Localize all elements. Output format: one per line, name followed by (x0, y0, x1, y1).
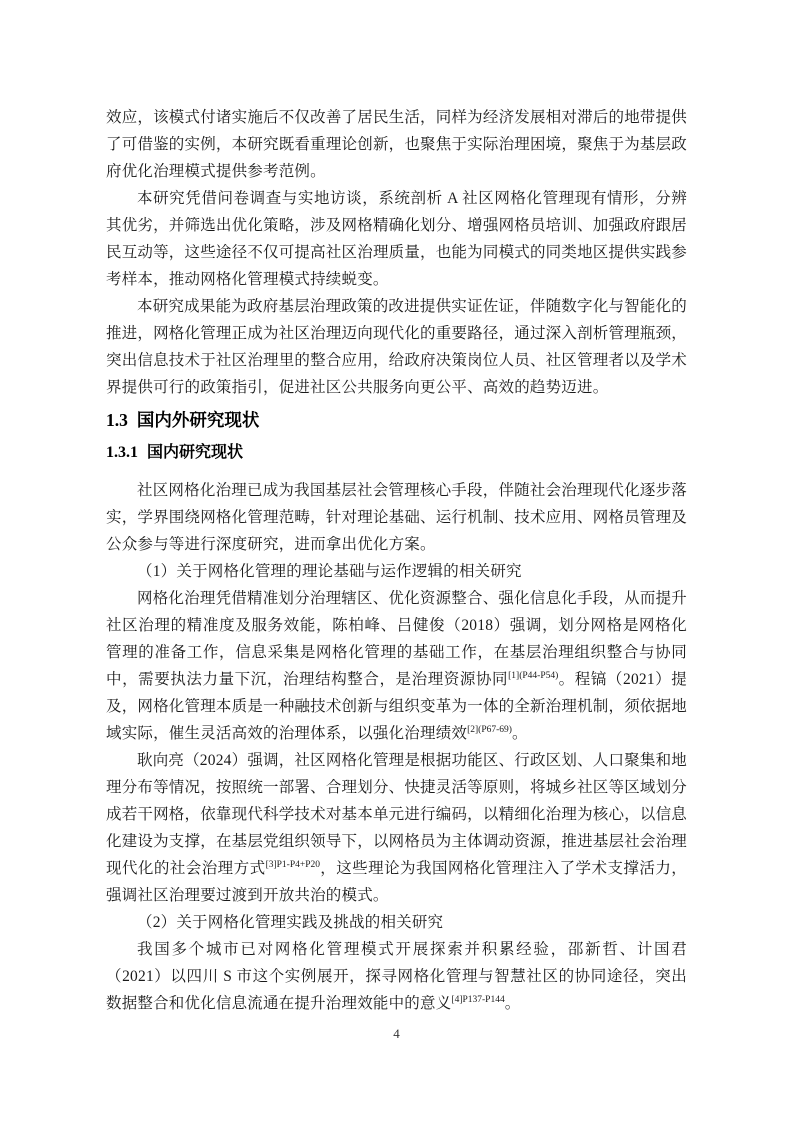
paragraph: 本研究成果能为政府基层治理政策的改进提供实证佐证，伴随数字化与智能化的推进，网格… (106, 293, 687, 401)
page-footer: 4 (0, 1026, 793, 1042)
paragraph: 社区网格化治理已成为我国基层社会管理核心手段，伴随社会治理现代化逐步落实，学界围… (106, 477, 687, 558)
section-heading-1-3: 1.3国内外研究现状 (106, 409, 687, 431)
citation-superscript: [2](P67-69) (467, 725, 512, 735)
subsection-heading-1-3-1: 1.3.1国内研究现状 (106, 442, 687, 463)
citation-superscript: [3]P1-P4+P20 (266, 860, 320, 870)
heading-number: 1.3.1 (106, 444, 138, 461)
paragraph-text: 。 (505, 995, 521, 1012)
paragraph-text: 我国多个城市已对网格化管理模式开展探索并积累经验，邵新哲、计国君（2021）以四… (106, 941, 687, 1012)
paragraph-text: 本研究成果能为政府基层治理政策的改进提供实证佐证，伴随数字化与智能化的推进，网格… (106, 298, 687, 396)
paragraph-text: 。 (512, 725, 528, 742)
heading-number: 1.3 (106, 410, 128, 430)
paragraph: 本研究凭借问卷调查与实地访谈，系统剖析 A 社区网格化管理现有情形，分辨其优劣，… (106, 185, 687, 293)
paragraph: 耿向亮（2024）强调，社区网格化管理是根据功能区、行政区划、人口聚集和地理分布… (106, 747, 687, 909)
paragraph: 网格化治理凭借精准划分治理辖区、优化资源整合、强化信息化手段，从而提升社区治理的… (106, 585, 687, 747)
page-number: 4 (393, 1026, 400, 1041)
page-content: 效应，该模式付诸实施后不仅改善了居民生活，同样为经济发展相对滞后的地带提供了可借… (106, 104, 687, 1017)
paragraph: 我国多个城市已对网格化管理模式开展探索并积累经验，邵新哲、计国君（2021）以四… (106, 936, 687, 1017)
paragraph-text: （1）关于网格化管理的理论基础与运作逻辑的相关研究 (137, 563, 522, 580)
list-item-heading: （2）关于网格化管理实践及挑战的相关研究 (106, 909, 687, 936)
paragraph-text: 本研究凭借问卷调查与实地访谈，系统剖析 A 社区网格化管理现有情形，分辨其优劣，… (106, 190, 687, 288)
document-page: 效应，该模式付诸实施后不仅改善了居民生活，同样为经济发展相对滞后的地带提供了可借… (0, 0, 793, 1122)
citation-superscript: [4]P137-P144 (451, 995, 504, 1005)
paragraph-text: 效应，该模式付诸实施后不仅改善了居民生活，同样为经济发展相对滞后的地带提供了可借… (106, 109, 687, 180)
citation-superscript: [1](P44-P54) (508, 671, 558, 681)
heading-text: 国内外研究现状 (137, 410, 260, 430)
paragraph-text: 社区网格化治理已成为我国基层社会管理核心手段，伴随社会治理现代化逐步落实，学界围… (106, 482, 687, 553)
paragraph-text: （2）关于网格化管理实践及挑战的相关研究 (137, 914, 443, 931)
heading-text: 国内研究现状 (147, 444, 243, 461)
paragraph-text: 耿向亮（2024）强调，社区网格化管理是根据功能区、行政区划、人口聚集和地理分布… (106, 752, 687, 877)
paragraph-continuation: 效应，该模式付诸实施后不仅改善了居民生活，同样为经济发展相对滞后的地带提供了可借… (106, 104, 687, 185)
list-item-heading: （1）关于网格化管理的理论基础与运作逻辑的相关研究 (106, 558, 687, 585)
